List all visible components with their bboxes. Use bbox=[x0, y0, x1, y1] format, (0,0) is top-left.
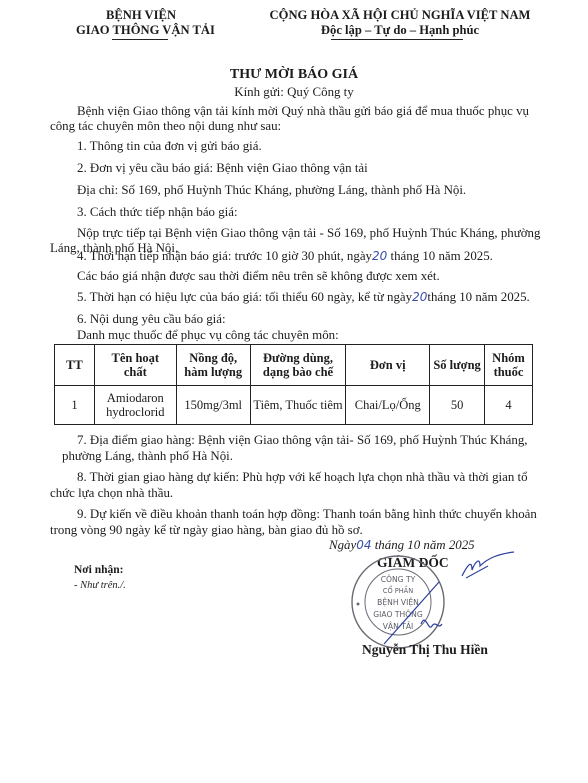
item-2-address: Địa chỉ: Số 169, phố Huỳnh Thúc Kháng, p… bbox=[77, 182, 466, 198]
item-4: 4. Thời hạn tiếp nhận báo giá: trước 10 … bbox=[77, 248, 493, 264]
item-3: 3. Cách thức tiếp nhận báo giá: bbox=[77, 204, 238, 220]
item-9-line-2: trong vòng 90 ngày kể từ ngày giao hàng,… bbox=[50, 522, 363, 538]
recipients-label: Nơi nhận: bbox=[74, 564, 124, 576]
intro-line-1: Bệnh viện Giao thông vận tải kính mời Qu… bbox=[77, 103, 529, 119]
col-header-active-ingredient: Tên hoạtchất bbox=[94, 345, 176, 386]
col-header-strength: Nồng độ,hàm lượng bbox=[176, 345, 250, 386]
col-header-quantity: Số lượng bbox=[430, 345, 485, 386]
item-7-line-2: phường Láng, thành phố Hà Nội. bbox=[62, 448, 233, 464]
signature-scribble-icon bbox=[458, 550, 518, 580]
item-5: 5. Thời hạn có hiệu lực của báo giá: tối… bbox=[77, 289, 530, 305]
item-7-line-1: 7. Địa điểm giao hàng: Bệnh viện Giao th… bbox=[77, 432, 528, 448]
signer-name: Nguyễn Thị Thu Hiền bbox=[362, 642, 488, 658]
item-5-text-end: tháng 10 năm 2025. bbox=[427, 290, 529, 304]
item-6: 6. Nội dung yêu cầu báo giá: bbox=[77, 311, 226, 327]
document-title: THƯ MỜI BÁO GIÁ bbox=[0, 67, 588, 83]
item-8-line-1: 8. Thời gian giao hàng dự kiến: Phù hợp … bbox=[77, 469, 528, 485]
item-4-text: 4. Thời hạn tiếp nhận báo giá: trước 10 … bbox=[77, 249, 372, 263]
handwritten-date-day: 04 bbox=[356, 538, 371, 552]
signature-date: Ngày04 tháng 10 năm 2025 bbox=[329, 537, 475, 553]
item-1: 1. Thông tin của đơn vị gửi báo giá. bbox=[77, 138, 262, 154]
recipient-item: - Như trên./. bbox=[74, 580, 126, 591]
org-underline bbox=[112, 39, 168, 40]
svg-text:VẬN TẢI: VẬN TẢI bbox=[383, 622, 414, 631]
nation-line-2: Độc lập – Tự do – Hạnh phúc bbox=[230, 23, 570, 38]
item-4-handwritten-day: 20 bbox=[372, 249, 387, 263]
cell-tt: 1 bbox=[55, 386, 95, 425]
svg-text:CỔ PHẦN: CỔ PHẦN bbox=[383, 585, 413, 595]
nation-line-1: CỘNG HÒA XÃ HỘI CHỦ NGHĨA VIỆT NAM bbox=[230, 8, 570, 23]
table-header-row: TT Tên hoạtchất Nồng độ,hàm lượng Đường … bbox=[55, 345, 533, 386]
col-header-route-form: Đường dùng,dạng bào chế bbox=[250, 345, 346, 386]
item-5-text: 5. Thời hạn có hiệu lực của báo giá: tối… bbox=[77, 290, 412, 304]
cell-strength: 150mg/3ml bbox=[176, 386, 250, 425]
svg-text:BỆNH VIỆN: BỆNH VIỆN bbox=[377, 598, 419, 607]
cell-quantity: 50 bbox=[430, 386, 485, 425]
company-stamp-icon: CÔNG TY CỔ PHẦN BỆNH VIỆN GIAO THÔNG VẬN… bbox=[346, 552, 456, 652]
cell-active-ingredient: Amiodaronhydroclorid bbox=[94, 386, 176, 425]
item-4-note: Các báo giá nhận được sau thời điểm nêu … bbox=[77, 268, 440, 284]
intro-line-2: công tác chuyên môn theo nội dung như sa… bbox=[50, 118, 281, 134]
national-motto: CỘNG HÒA XÃ HỘI CHỦ NGHĨA VIỆT NAM Độc l… bbox=[230, 8, 570, 38]
item-5-handwritten-day: 20 bbox=[412, 290, 427, 304]
drug-list-intro: Danh mục thuốc để phục vụ công tác chuyê… bbox=[77, 327, 339, 343]
item-8-line-2: chức lựa chọn nhà thầu. bbox=[50, 485, 173, 501]
item-9-line-1: 9. Dự kiến về điều khoản thanh toán hợp … bbox=[77, 506, 537, 522]
motto-underline bbox=[331, 39, 463, 40]
salutation: Kính gửi: Quý Công ty bbox=[0, 84, 588, 100]
cell-unit: Chai/Lọ/Ống bbox=[346, 386, 430, 425]
col-header-drug-group: Nhómthuốc bbox=[485, 345, 533, 386]
col-header-unit: Đơn vị bbox=[346, 345, 430, 386]
item-3-detail-1: Nộp trực tiếp tại Bệnh viện Giao thông v… bbox=[77, 225, 540, 241]
item-4-text-end: tháng 10 năm 2025. bbox=[387, 249, 493, 263]
org-name: BỆNH VIỆN GIAO THÔNG VẬN TẢI bbox=[76, 8, 206, 38]
org-line-2: GIAO THÔNG VẬN TẢI bbox=[76, 23, 206, 38]
svg-text:CÔNG TY: CÔNG TY bbox=[381, 575, 416, 584]
cell-drug-group: 4 bbox=[485, 386, 533, 425]
org-line-1: BỆNH VIỆN bbox=[76, 8, 206, 23]
item-2: 2. Đơn vị yêu cầu báo giá: Bệnh viện Gia… bbox=[77, 160, 368, 176]
col-header-tt: TT bbox=[55, 345, 95, 386]
drug-table: TT Tên hoạtchất Nồng độ,hàm lượng Đường … bbox=[54, 344, 533, 425]
cell-route-form: Tiêm, Thuốc tiêm bbox=[250, 386, 346, 425]
table-row: 1 Amiodaronhydroclorid 150mg/3ml Tiêm, T… bbox=[55, 386, 533, 425]
svg-text:GIAO THÔNG: GIAO THÔNG bbox=[373, 610, 423, 619]
